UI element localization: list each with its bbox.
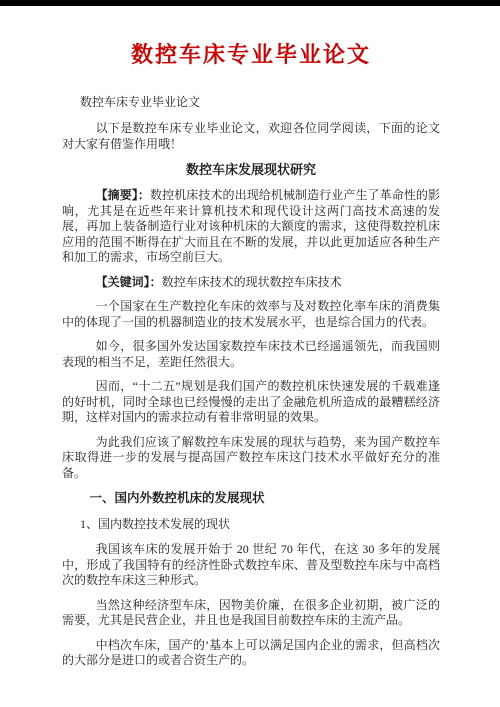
paragraph-economy-lathe: 当然这种经济型车床，因物美价廉，在很多企业初期，被广泛的需要，尤其是民营企业，并… bbox=[62, 598, 440, 629]
paragraph-national-power: 一个国家在生产数控化车床的效率与及对数控化率车床的消费集中的体现了一国的机器制造… bbox=[62, 299, 440, 330]
document-subtitle: 数控车床专业毕业论文 bbox=[62, 94, 440, 110]
section-heading: 数控车床发展现状研究 bbox=[62, 161, 440, 178]
abstract-paragraph: 【摘要】：数控机床技术的出现给机械制造行业产生了革命性的影响，尤其是在近些年来计… bbox=[62, 188, 440, 266]
paragraph-development-history: 我国该车床的发展开始于 20 世纪 70 年代，在这 30 多年的发展中，形成了… bbox=[62, 542, 440, 589]
top-border-bar bbox=[0, 0, 500, 6]
paragraph-mid-grade-lathe: 中档次车床，国产的’基本上可以满足国内企业的需求，但高档次的大部分是进口的或者合… bbox=[62, 638, 440, 669]
paragraph-foreign-lead: 如今，很多国外发达国家数控车床技术已经遥遥领先，而我国则表现的相当不足，差距任然… bbox=[62, 339, 440, 370]
keywords-label: 【关键词】： bbox=[96, 275, 162, 289]
document-title: 数控车床专业毕业论文 bbox=[62, 40, 440, 70]
abstract-label: 【摘要】： bbox=[96, 188, 150, 202]
heading-domestic-foreign-status: 一、国内外数控机床的发展现状 bbox=[62, 490, 440, 506]
keywords-paragraph: 【关键词】：数控车床技术的现状数控车床技术 bbox=[62, 275, 440, 291]
keywords-text: 数控车床技术的现状数控车床技术 bbox=[162, 275, 342, 289]
document-page: 数控车床专业毕业论文 数控车床专业毕业论文 以下是数控车床专业毕业论文，欢迎各位… bbox=[0, 0, 500, 669]
intro-paragraph: 以下是数控车床专业毕业论文，欢迎各位同学阅读，下面的论文对大家有借鉴作用哦！ bbox=[62, 121, 440, 152]
paragraph-preparation: 为此我们应该了解数控车床发展的现状与趋势，来为国产数控车床取得进一步的发展与提高… bbox=[62, 435, 440, 482]
paragraph-twelfth-five-year-plan: 因而，“十二五”规划是我们国产的数控机床快速发展的千载难逢的好时机，同时全球也已… bbox=[62, 379, 440, 426]
subheading-domestic-status: 1、国内数控技术发展的现状 bbox=[62, 516, 440, 532]
